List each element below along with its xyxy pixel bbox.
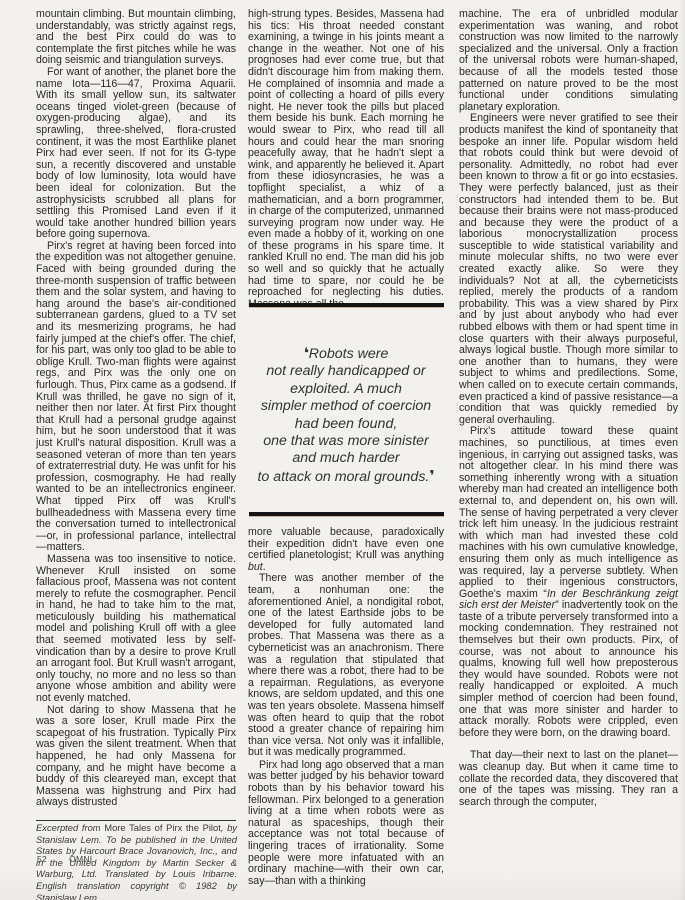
magazine-name: OMNI (69, 854, 92, 864)
footnote-divider (36, 820, 236, 821)
paragraph: For want of another, the planet bore the… (36, 67, 236, 241)
pull-quote: ❛Robots were not really handicapped or e… (248, 345, 444, 486)
page-edge-shadow (679, 0, 685, 900)
pull-quote-line: ❛Robots were (248, 345, 444, 363)
paragraph: high-strung types. Besides, Massena had … (248, 9, 444, 310)
paragraph: Pirx had long ago observed that a man wa… (248, 760, 444, 888)
paragraph: Pirx's regret at having been forced into… (36, 241, 236, 554)
paragraph: more valuable because, paradoxically the… (248, 527, 444, 573)
book-title: More Tales of Pirx the Pilot (104, 822, 221, 833)
article-column-3: machine. The era of unbridled modular ex… (459, 9, 678, 808)
pull-quote-top-rule (249, 303, 444, 307)
paragraph: machine. The era of unbridled modular ex… (459, 9, 678, 113)
page-folio: 52OMNI (37, 854, 114, 864)
paragraph: Not daring to show Massena that he was a… (36, 705, 236, 809)
paragraph: There was another member of the team, a … (248, 573, 444, 759)
paragraph: mountain climbing. But mountain climbing… (36, 9, 236, 67)
article-column-1: mountain climbing. But mountain climbing… (36, 9, 236, 809)
pull-quote-line: exploited. A much (248, 381, 444, 398)
pull-quote-line: one that was more sinister (248, 433, 444, 450)
credit-text: Excerpted from (36, 822, 104, 833)
pull-quote-line: simpler method of coercion (248, 398, 444, 415)
paragraph: That day—their next to last on the plane… (459, 750, 678, 808)
paragraph: Pirx's attitude toward these quaint mach… (459, 426, 678, 739)
article-column-2: high-strung types. Besides, Massena had … (248, 9, 444, 310)
pull-quote-bottom-rule (249, 512, 444, 516)
article-column-2-continued: more valuable because, paradoxically the… (248, 527, 444, 887)
paragraph: Massena was too insensitive to notice. W… (36, 554, 236, 705)
page-bottom-shadow (0, 870, 685, 900)
paragraph: Engineers were never gratified to see th… (459, 113, 678, 426)
close-quote-icon: ❜ (429, 468, 434, 485)
pull-quote-line: and much harder (248, 450, 444, 467)
pull-quote-line: to attack on moral grounds.❜ (248, 468, 444, 486)
pull-quote-line: not really handicapped or (248, 363, 444, 380)
pull-quote-line: had been found, (248, 416, 444, 433)
magazine-page: mountain climbing. But mountain climbing… (0, 0, 685, 900)
page-number: 52 (37, 854, 47, 864)
